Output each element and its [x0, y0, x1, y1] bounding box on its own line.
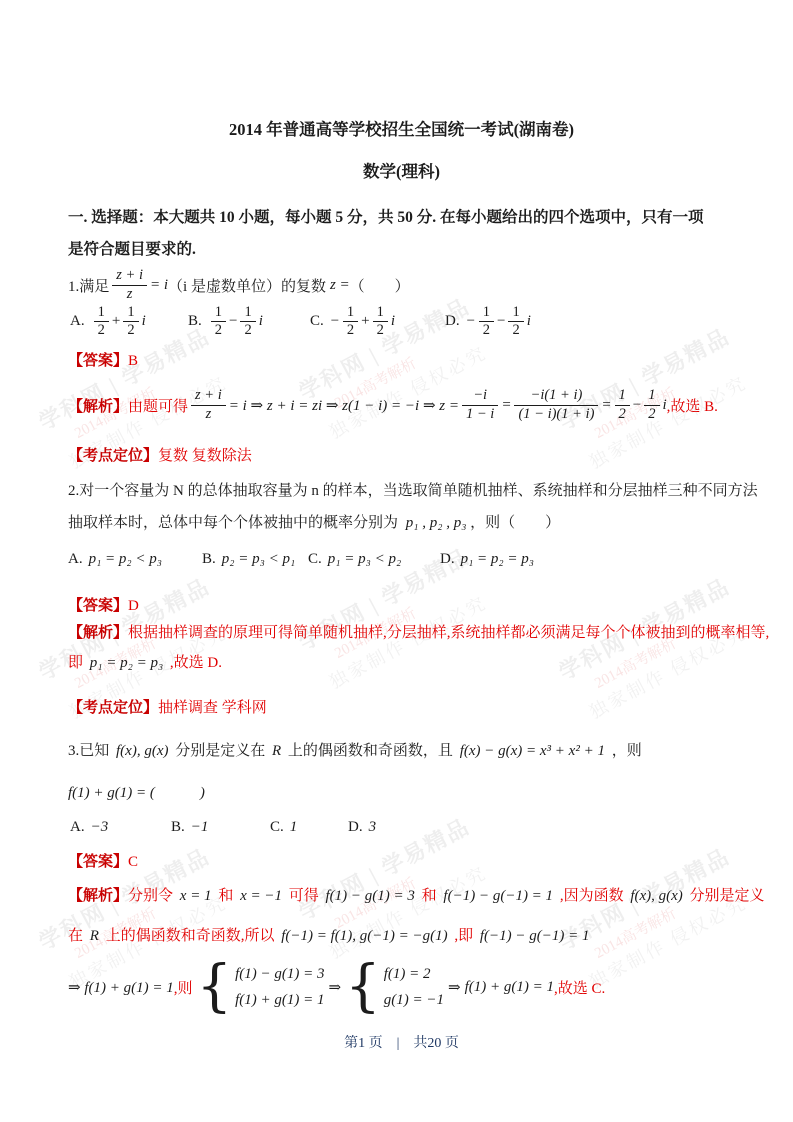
q1-option-b: B. 12 − 12 i — [188, 304, 263, 340]
q3-stem-pre: 3.已知 — [68, 743, 109, 759]
concept-label: 【考点定位】 — [68, 700, 158, 716]
left-brace: { — [345, 963, 381, 1011]
q3-a3-m1: ⇒ f(1) + g(1) = 1 — [68, 978, 174, 997]
option-label: A. — [70, 819, 85, 836]
q1-concept-line: 【考点定位】复数 复数除法 — [68, 444, 735, 465]
q2-analysis-text: 根据抽样调查的原理可得简单随机抽样,分层抽样,系统抽样都必须满足每个个体被抽到的… — [128, 625, 769, 641]
option-label: B. — [188, 313, 202, 330]
fraction-numerator: 1 — [373, 304, 388, 322]
q3-analysis-line1: 【解析】分别令 x = 1 和 x = −1 可得 f(1) − g(1) = … — [68, 884, 735, 905]
footer-page-number: 第1 页 — [344, 1036, 383, 1051]
q3-option-c: C.1 — [270, 819, 297, 836]
system-eq1: f(1) − g(1) = 3 — [235, 966, 324, 983]
fraction-numerator: 1 — [615, 387, 630, 405]
footer-separator: | — [397, 1036, 400, 1051]
q2-option-a: A.p₁ = p₂ < p₃ — [68, 551, 162, 568]
q2-stem-post: ，则（ ） — [470, 515, 560, 531]
option-tail: i — [391, 313, 395, 330]
equals-sign: = — [501, 397, 511, 414]
q3-a1-m4: f(−1) − g(−1) = 1 — [443, 888, 553, 904]
q1-analysis-line: 【解析】 由题可得 z + iz = i ⇒ z + i = zi ⇒ z(1 … — [68, 381, 735, 429]
option-label: D. — [440, 551, 455, 568]
fraction-numerator: −i — [462, 387, 498, 405]
fraction-denominator: 2 — [508, 322, 523, 339]
q2-option-c: C.p₁ = p₃ < p₂ — [308, 551, 401, 568]
q2-concept-value: 抽样调查 学科网 — [158, 700, 267, 716]
minus-sign: − — [633, 397, 641, 414]
implies-arrow: ⇒ — [329, 978, 342, 997]
q1-stem-math1: = i — [150, 277, 168, 294]
answer-label: 【答案】 — [68, 854, 128, 870]
q1-option-d: D. − 12 − 12 i — [445, 304, 531, 340]
q3-a1-r5: ,因为函数 — [560, 888, 624, 904]
left-brace: { — [196, 963, 232, 1011]
q2-analysis-conclusion: ,故选 D. — [170, 655, 222, 671]
analysis-fraction: −i1 − i — [462, 387, 498, 423]
q1-analysis-math1: = i ⇒ z + i = zi ⇒ z(1 − i) = −i ⇒ z = — [229, 396, 459, 415]
exam-paper-page: 学科网 | 学易精品2014高考解析独家制作 侵权必究 学科网 | 学易精品20… — [0, 0, 793, 1122]
q3-a1-m3: f(1) − g(1) = 3 — [326, 888, 415, 904]
option-fraction: 12 — [240, 304, 255, 340]
question-1-stem: 1.满足 z + iz = i （i 是虚数单位）的复数 z = （ ） — [68, 262, 735, 308]
q1-concept-value: 复数 复数除法 — [158, 448, 252, 464]
analysis-label: 【解析】 — [68, 625, 128, 641]
fraction-denominator: 2 — [211, 322, 226, 339]
fraction-denominator: 2 — [94, 322, 109, 339]
option-label: C. — [310, 313, 324, 330]
fraction-numerator: 1 — [123, 304, 138, 322]
equation-system: { f(1) = 2 g(1) = −1 — [345, 963, 444, 1011]
q3-a3-conclusion: ,故选 C. — [554, 977, 605, 998]
option-fraction: 12 — [508, 304, 523, 340]
q1-analysis-lead: 由题可得 — [128, 395, 188, 416]
q3-a1-r2: 和 — [218, 888, 233, 904]
q3-a2-m2: f(−1) = f(1), g(−1) = −g(1) — [281, 928, 447, 944]
fraction-denominator: 2 — [343, 322, 358, 339]
fraction-numerator: z + i — [191, 387, 226, 405]
option-fraction: 12 — [343, 304, 358, 340]
q1-answer-line: 【答案】B — [68, 349, 735, 370]
fraction-numerator: −i(1 + i) — [514, 387, 598, 405]
fraction-denominator: z — [112, 286, 147, 303]
option-label: A. — [70, 313, 85, 330]
q3-a2-r3: ,即 — [454, 928, 473, 944]
fraction-denominator: 2 — [373, 322, 388, 339]
system-eq2: f(1) + g(1) = 1 — [235, 992, 324, 1009]
option-tail: i — [527, 313, 531, 330]
fraction-denominator: 2 — [615, 406, 630, 423]
q1-stem-text1: （i 是虚数单位）的复数 — [168, 275, 326, 296]
option-fraction: 12 — [373, 304, 388, 340]
q3-stem-mid2: 上的偶函数和奇函数，且 — [288, 743, 453, 759]
option-fraction: 12 — [211, 304, 226, 340]
option-math: −3 — [91, 819, 109, 836]
q3-a1-r6: 分别是定义 — [690, 888, 765, 904]
question-1-options: A. 12 + 12 i B. 12 − 12 i C. − 12 + 12 — [68, 304, 735, 350]
option-math: p₁ = p₂ = p₃ — [461, 551, 534, 568]
page-subtitle: 数学(理科) — [68, 158, 735, 182]
q3-a3-m2: f(1) + g(1) = 1 — [465, 979, 554, 996]
q3-answer-line: 【答案】C — [68, 850, 735, 871]
answer-label: 【答案】 — [68, 598, 128, 614]
analysis-fraction: 12 — [644, 387, 659, 423]
q3-stem-math2: R — [272, 743, 281, 759]
q1-stem-blank: （ ） — [350, 275, 410, 296]
section-header-line2: 是符合题目要求的. — [68, 237, 735, 259]
option-label: C. — [270, 819, 284, 836]
q3-a1-m5: f(x), g(x) — [630, 888, 682, 904]
option-label: D. — [445, 313, 460, 330]
fraction-denominator: 2 — [644, 406, 659, 423]
concept-label: 【考点定位】 — [68, 448, 158, 464]
q2-analysis-math: p₁ = p₂ = p₃ — [90, 655, 163, 671]
question-2-options: A.p₁ = p₂ < p₃ B.p₂ = p₃ < p₁ C.p₁ = p₃ … — [68, 551, 735, 575]
system-eq2: g(1) = −1 — [384, 992, 444, 1009]
option-operator: + — [112, 313, 120, 330]
q1-answer-value: B — [128, 353, 138, 369]
q3-stem-math3: f(x) − g(x) = x³ + x² + 1 — [460, 743, 605, 759]
q2-answer-line: 【答案】D — [68, 594, 735, 615]
fraction-numerator: 1 — [94, 304, 109, 322]
fraction-numerator: 1 — [644, 387, 659, 405]
option-label: D. — [348, 819, 363, 836]
q2-analysis-pre: 即 — [68, 655, 83, 671]
option-math: 1 — [290, 819, 298, 836]
system-eq1: f(1) = 2 — [384, 966, 444, 983]
fraction-denominator: 2 — [479, 322, 494, 339]
fraction-numerator: 1 — [343, 304, 358, 322]
equals-sign: = — [601, 397, 611, 414]
q2-analysis-line2: 即 p₁ = p₂ = p₃ ,故选 D. — [68, 651, 735, 672]
q3-a2-r2: 上的偶函数和奇函数,所以 — [106, 928, 275, 944]
option-tail: i — [142, 313, 146, 330]
q3-analysis-line2: 在 R 上的偶函数和奇函数,所以 f(−1) = f(1), g(−1) = −… — [68, 924, 735, 945]
option-fraction: 12 — [123, 304, 138, 340]
q3-analysis-line3: ⇒ f(1) + g(1) = 1 ,则 { f(1) − g(1) = 3 f… — [68, 955, 735, 1019]
analysis-label: 【解析】 — [68, 888, 128, 904]
option-math: p₂ = p₃ < p₁ — [222, 551, 295, 568]
q2-stem-text: 抽取样本时，总体中每个个体被抽中的概率分别为 — [68, 515, 398, 531]
analysis-fraction: z + iz — [191, 387, 226, 423]
fraction-numerator: 1 — [211, 304, 226, 322]
q3-answer-value: C — [128, 854, 138, 870]
option-sign: − — [330, 313, 340, 330]
fraction-denominator: 2 — [240, 322, 255, 339]
q2-answer-value: D — [128, 598, 139, 614]
q1-analysis-conclusion: ,故选 B. — [667, 395, 718, 416]
q3-option-b: B.−1 — [171, 819, 208, 836]
q1-stem-prefix: 1.满足 — [68, 275, 109, 296]
option-tail: i — [259, 313, 263, 330]
question-3-stem-line2: f(1) + g(1) = ( ) — [68, 781, 735, 802]
fraction-denominator: z — [191, 406, 226, 423]
q3-a1-m2: x = −1 — [240, 888, 282, 904]
q3-stem-math1: f(x), g(x) — [116, 743, 168, 759]
q3-a1-r4: 和 — [422, 888, 437, 904]
q3-a1-r3: 可得 — [289, 888, 319, 904]
q2-option-d: D.p₁ = p₂ = p₃ — [440, 551, 534, 568]
answer-label: 【答案】 — [68, 353, 128, 369]
option-label: B. — [202, 551, 216, 568]
q3-a3-r1: ,则 — [174, 977, 193, 998]
question-3-options: A.−3 B.−1 C.1 D.3 — [68, 819, 735, 843]
q3-option-d: D.3 — [348, 819, 376, 836]
option-sign: − — [466, 313, 476, 330]
fraction-numerator: 1 — [240, 304, 255, 322]
option-fraction: 12 — [94, 304, 109, 340]
q3-a2-m3: f(−1) − g(−1) = 1 — [480, 928, 590, 944]
option-label: A. — [68, 551, 83, 568]
fraction-denominator: 1 − i — [462, 406, 498, 423]
option-math: p₁ = p₃ < p₂ — [328, 551, 401, 568]
equation-system: { f(1) − g(1) = 3 f(1) + g(1) = 1 — [196, 963, 324, 1011]
question-3-stem-line1: 3.已知 f(x), g(x) 分别是定义在 R 上的偶函数和奇函数，且 f(x… — [68, 739, 735, 760]
q3-option-a: A.−3 — [70, 819, 108, 836]
question-2-stem-line1: 2.对一个容量为 N 的总体抽取容量为 n 的样本，当选取简单随机抽样、系统抽样… — [68, 479, 735, 500]
option-math: p₁ = p₂ < p₃ — [89, 551, 162, 568]
q3-a1-m1: x = 1 — [180, 888, 212, 904]
footer-total-pages: 共20 页 — [413, 1036, 459, 1051]
analysis-fraction: 12 — [615, 387, 630, 423]
q2-concept-line: 【考点定位】抽样调查 学科网 — [68, 696, 735, 717]
fraction-numerator: 1 — [508, 304, 523, 322]
q3-a1-r1: 分别令 — [128, 888, 173, 904]
fraction-denominator: (1 − i)(1 + i) — [514, 406, 598, 423]
option-operator: + — [361, 313, 369, 330]
q1-option-a: A. 12 + 12 i — [70, 304, 146, 340]
q2-stem-math: p₁ , p₂ , p₃ — [406, 515, 467, 531]
option-math: −1 — [191, 819, 209, 836]
document-content: 2014 年普通高等学校招生全国统一考试(湖南卷) 数学(理科) 一. 选择题：… — [68, 0, 735, 1122]
option-label: B. — [171, 819, 185, 836]
q3-a2-m1: R — [90, 928, 99, 944]
option-label: C. — [308, 551, 322, 568]
q1-option-c: C. − 12 + 12 i — [310, 304, 395, 340]
q2-option-b: B.p₂ = p₃ < p₁ — [202, 551, 295, 568]
analysis-fraction: −i(1 + i)(1 − i)(1 + i) — [514, 387, 598, 423]
implies-arrow: ⇒ — [448, 978, 461, 997]
q1-stem-fraction: z + iz — [112, 267, 147, 303]
analysis-label: 【解析】 — [68, 395, 128, 416]
q1-stem-math2: z = — [330, 277, 350, 294]
option-math: 3 — [369, 819, 377, 836]
q3-stem-mid1: 分别是定义在 — [175, 743, 265, 759]
page-title: 2014 年普通高等学校招生全国统一考试(湖南卷) — [68, 116, 735, 140]
fraction-denominator: 2 — [123, 322, 138, 339]
option-fraction: 12 — [479, 304, 494, 340]
page-footer: 第1 页|共20 页 — [68, 1032, 735, 1052]
option-operator: − — [497, 313, 505, 330]
q2-analysis-line1: 【解析】根据抽样调查的原理可得简单随机抽样,分层抽样,系统抽样都必须满足每个个体… — [68, 621, 735, 642]
fraction-numerator: z + i — [112, 267, 147, 285]
section-header-line1: 一. 选择题：本大题共 10 小题，每小题 5 分，共 50 分. 在每小题给出… — [68, 205, 735, 227]
fraction-numerator: 1 — [479, 304, 494, 322]
q3-a2-r1: 在 — [68, 928, 83, 944]
q3-stem-post: ，则 — [612, 743, 642, 759]
option-operator: − — [229, 313, 237, 330]
question-2-stem-line2: 抽取样本时，总体中每个个体被抽中的概率分别为 p₁ , p₂ , p₃ ，则（ … — [68, 511, 735, 532]
